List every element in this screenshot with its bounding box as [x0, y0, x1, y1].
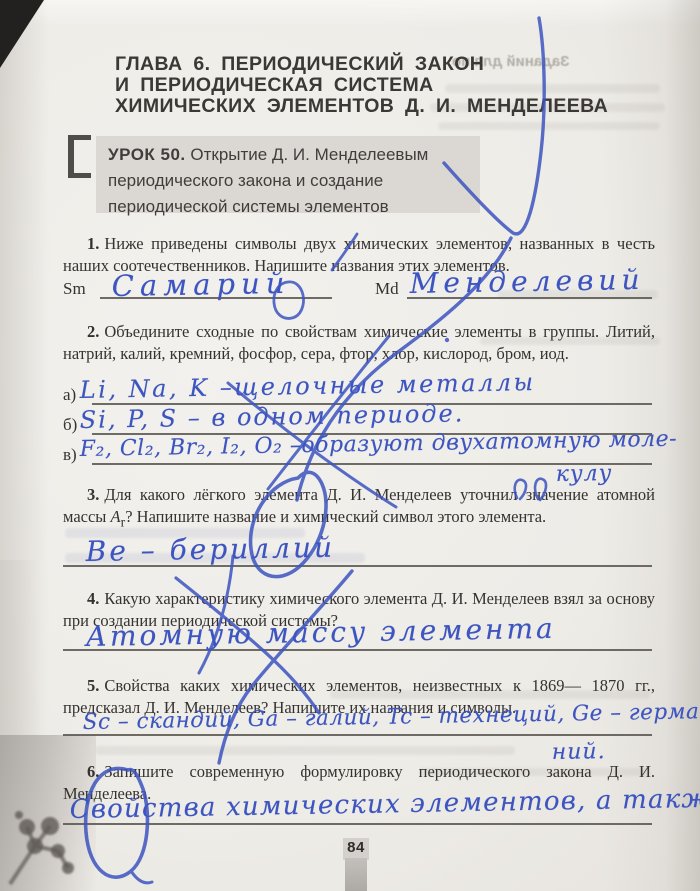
left-edge-shading	[0, 560, 40, 750]
handwritten-answer-a: Li, Na, K –щелочные металлы	[80, 368, 536, 404]
item-label-b: б)	[63, 415, 77, 435]
handwritten-answer-sm: Самарий	[111, 266, 290, 303]
handwritten-answer-b: Si, P, S – в одном периоде.	[80, 399, 465, 434]
answer-line-5	[63, 734, 652, 736]
handwritten-answer-3: Be – бериллий	[85, 531, 335, 568]
element-symbol-sm: Sm	[63, 279, 86, 299]
chapter-title-line: И ПЕРИОДИЧЕСКАЯ СИСТЕМА	[115, 74, 434, 97]
lesson-title: УРОК 50. Открытие Д. И. Менделеевым пери…	[108, 142, 480, 220]
handwritten-answer-4: Атомную массу элемента	[85, 612, 556, 653]
chapter-title-line: ХИМИЧЕСКИХ ЭЛЕМЕНТОВ Д. И. МЕНДЕЛЕЕВА	[115, 95, 608, 118]
task-6-number: 6.	[87, 762, 99, 781]
task-3-number: 3.	[87, 485, 99, 504]
task-3-paragraph: 3.Для какого лёгкого элемента Д. И. Менд…	[63, 484, 655, 533]
task-2-number: 2.	[87, 322, 99, 341]
page-number-tab	[345, 858, 367, 891]
lesson-bracket-mark	[68, 135, 91, 178]
task-4-number: 4.	[87, 589, 99, 608]
task-1-number: 1.	[87, 234, 99, 253]
chapter-title-line: ГЛАВА 6. ПЕРИОДИЧЕСКИЙ ЗАКОН	[115, 53, 484, 76]
item-label-v: в)	[63, 445, 77, 465]
item-label-a: а)	[63, 385, 76, 405]
pen-stroke-bottom-tail	[131, 871, 152, 883]
workbook-page-scan: Заданий для по	[0, 0, 700, 891]
task-2-paragraph: 2.Объедините сходные по свойствам химиче…	[63, 321, 655, 365]
atomic-mass-symbol: A	[111, 507, 121, 526]
handwritten-answer-md: Менделевий	[409, 263, 644, 300]
scan-corner-shadow-top-left	[0, 0, 44, 68]
page-number: 84	[343, 839, 369, 856]
task-2-text: Объедините сходные по свойствам химическ…	[63, 322, 655, 363]
bleed-through-line	[95, 746, 515, 755]
task-5-number: 5.	[87, 676, 99, 695]
lesson-number: УРОК 50.	[108, 145, 186, 164]
bleed-through-line	[445, 84, 660, 93]
bleed-through-line	[438, 122, 660, 130]
element-symbol-md: Md	[375, 279, 399, 299]
task-3-text-part2: ? Напишите название и химический символ …	[125, 507, 546, 526]
